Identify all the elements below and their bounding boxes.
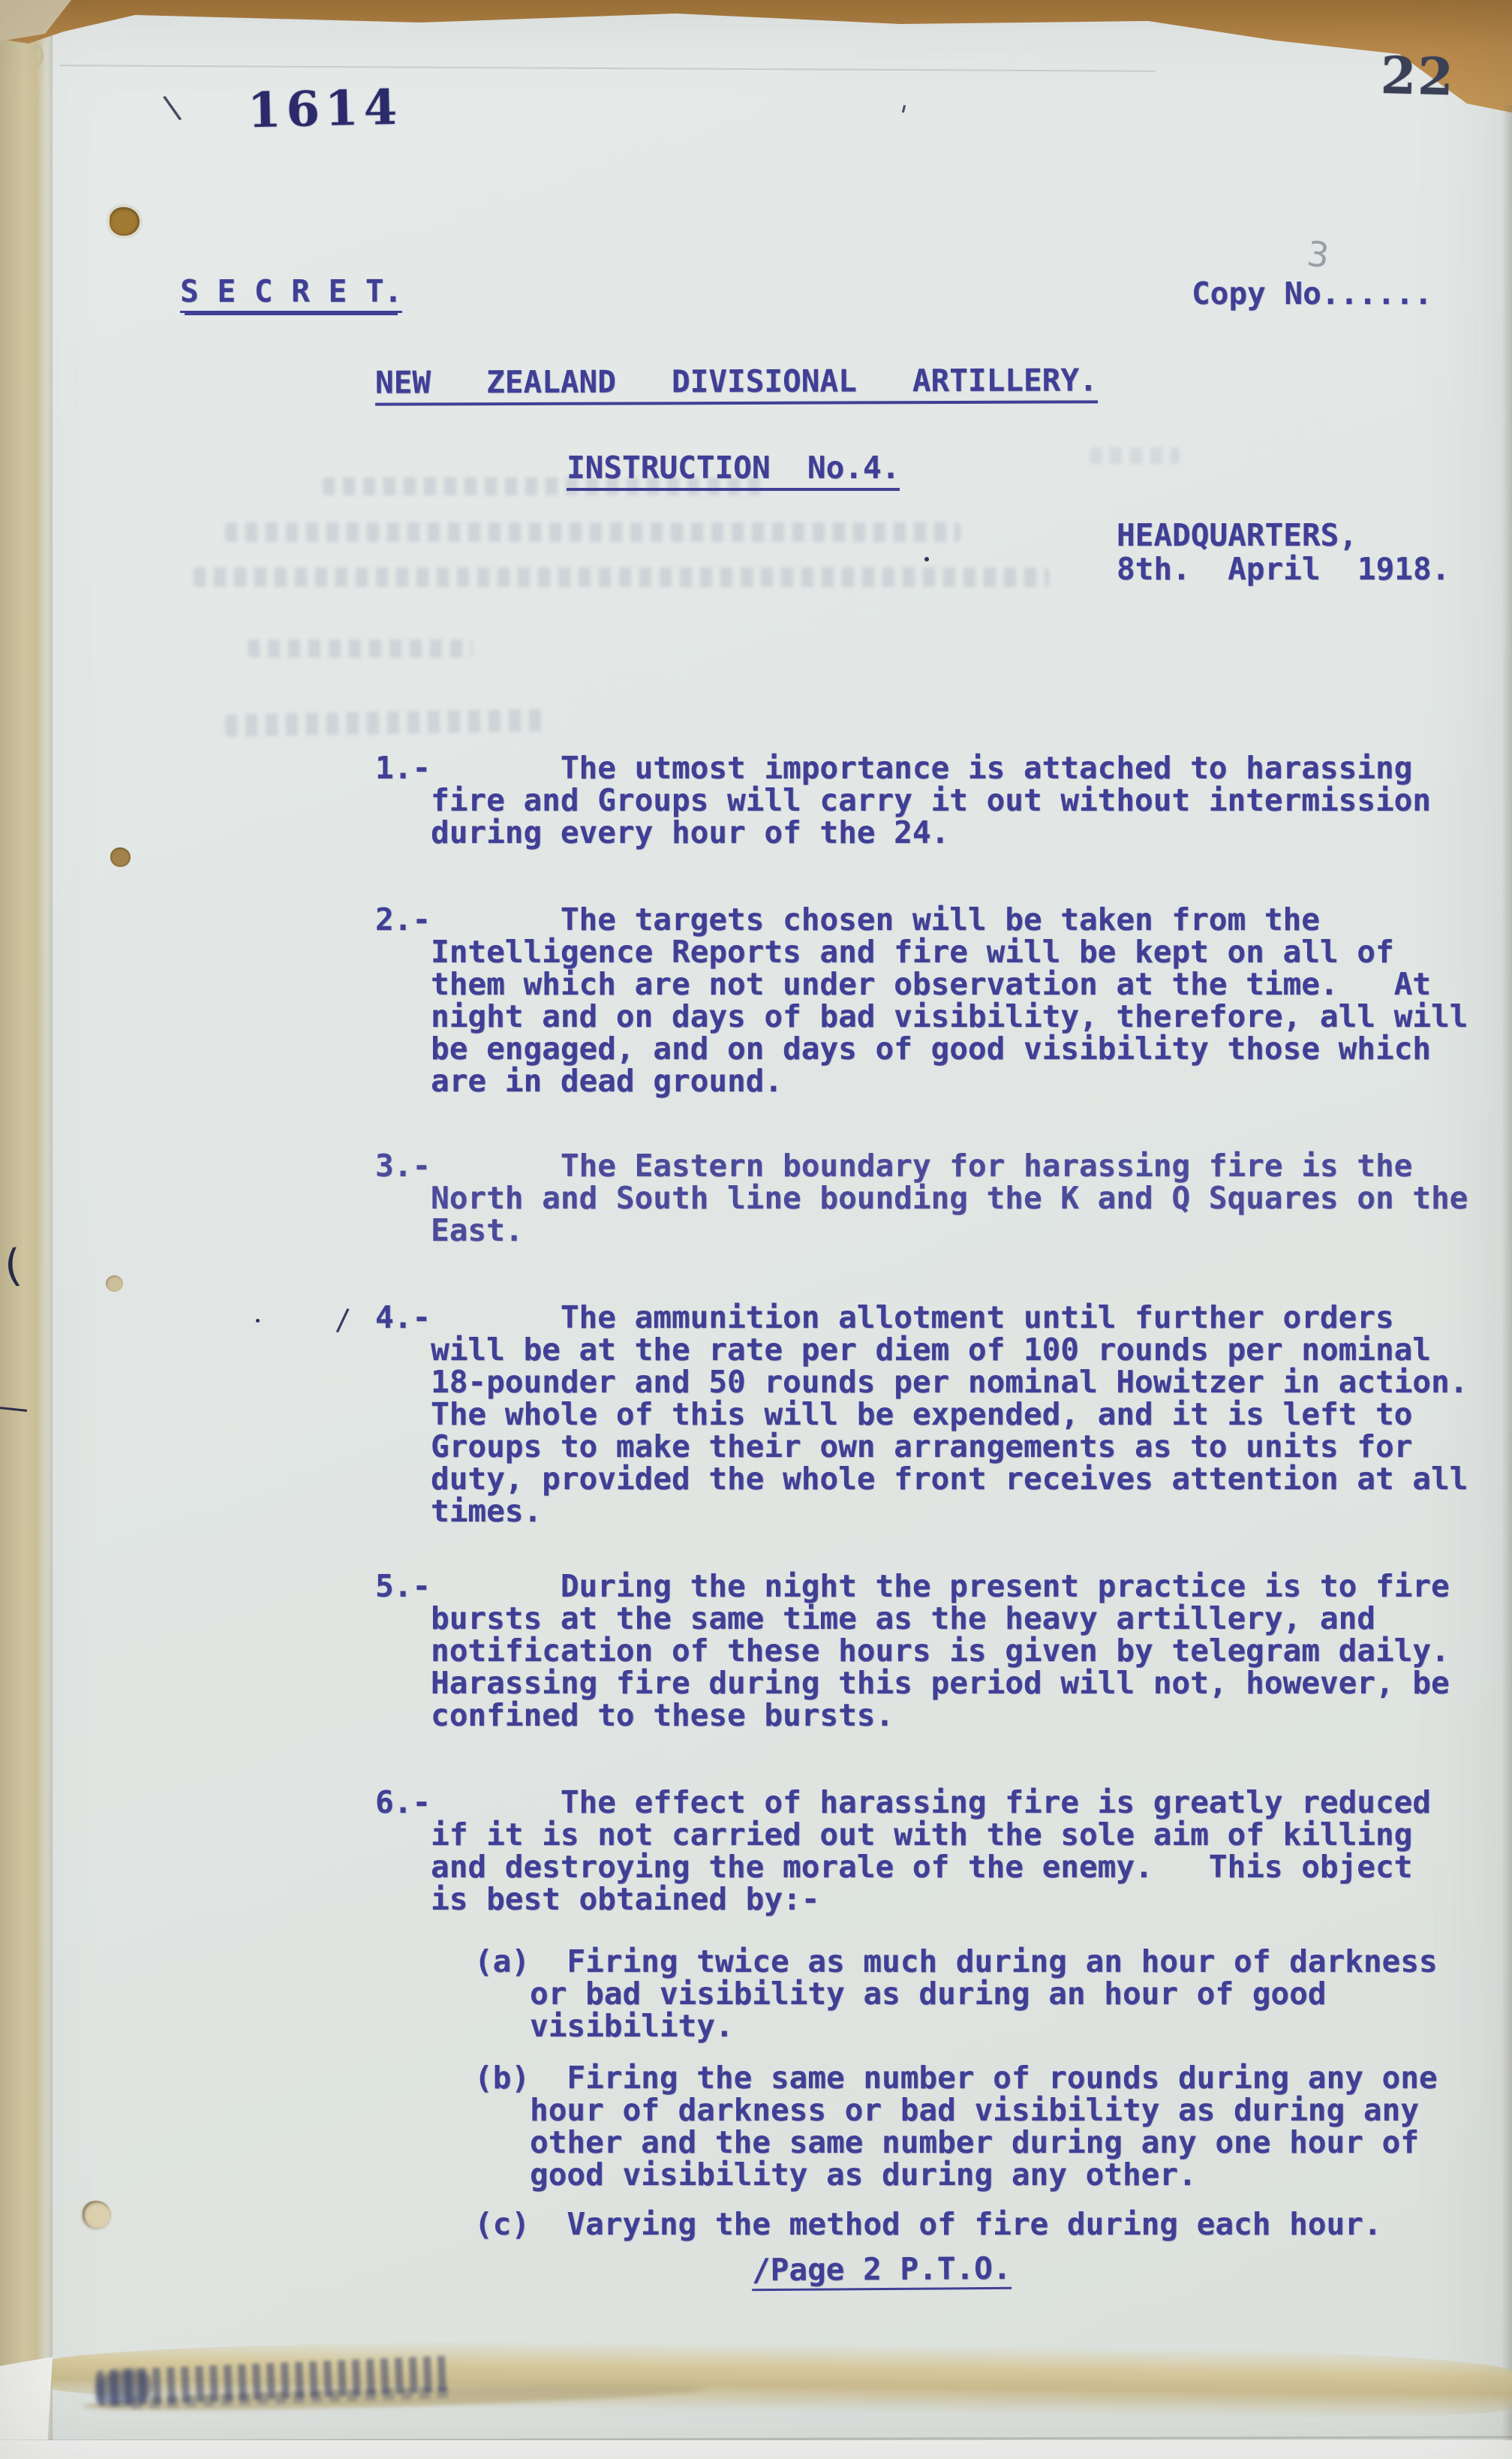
top-torn-edge (0, 0, 1512, 120)
paragraph-2: 2.- The targets chosen will be taken fro… (375, 904, 1468, 1097)
paragraph-4: 4.- The ammunition allotment until furth… (375, 1302, 1468, 1527)
bleed-through-line-2 (225, 522, 960, 542)
right-edge-shadow (1501, 105, 1512, 2459)
punch-hole-bottom (83, 2201, 111, 2229)
file-number-stamp: 1614 (247, 80, 403, 140)
document-title: NEW ZEALAND DIVISIONAL ARTILLERY. (375, 364, 1098, 405)
bleed-through-line-4 (248, 640, 473, 658)
left-page-edge (0, 0, 53, 2459)
paragraph-5: 5.- During the night the present practic… (375, 1570, 1450, 1732)
paragraph-3: 3.- The Eastern boundary for harassing f… (375, 1150, 1468, 1247)
bottom-photo-margin (0, 2440, 1512, 2459)
instruction-heading: INSTRUCTION No.4. (567, 452, 900, 491)
classification-heading: S E C R E T. (180, 275, 402, 313)
copy-number-label: Copy No...... (1192, 278, 1432, 310)
ink-dot-near-date (924, 557, 929, 561)
punch-hole-top (110, 207, 140, 236)
bleed-through-signature (225, 709, 548, 737)
footer-page-turn: /Page 2 P.T.O. (752, 2253, 1012, 2291)
document-page: \ 1614 22 S E C R E T. Copy No...... 3 N… (0, 0, 1512, 2459)
ink-speck-2 (902, 105, 906, 113)
bleed-through-fragment (1090, 447, 1180, 464)
item-a: (a) Firing twice as much during an hour … (474, 1946, 1438, 2042)
item-b: (b) Firing the same number of rounds dur… (474, 2062, 1438, 2191)
bleed-through-line-3 (194, 567, 1049, 587)
page-top-edge-line (60, 65, 1156, 72)
date-line: 8th. April 1918. (1117, 553, 1450, 585)
item-c: (c) Varying the method of fire during ea… (474, 2208, 1382, 2241)
punch-hole-lower (106, 1275, 123, 1292)
paragraph-1: 1.- The utmost importance is attached to… (375, 752, 1431, 849)
pen-tick-mark: \ (161, 88, 183, 128)
pen-tick-paragraph-4: / (335, 1302, 350, 1338)
page-number: 22 (1380, 46, 1456, 108)
punch-hole-middle (110, 847, 131, 867)
ink-speck-1 (256, 1319, 260, 1323)
paragraph-6: 6.- The effect of harassing fire is grea… (375, 1786, 1431, 1916)
copy-number-value: 3 (1305, 233, 1332, 275)
headquarters-line: HEADQUARTERS, (1117, 519, 1357, 552)
